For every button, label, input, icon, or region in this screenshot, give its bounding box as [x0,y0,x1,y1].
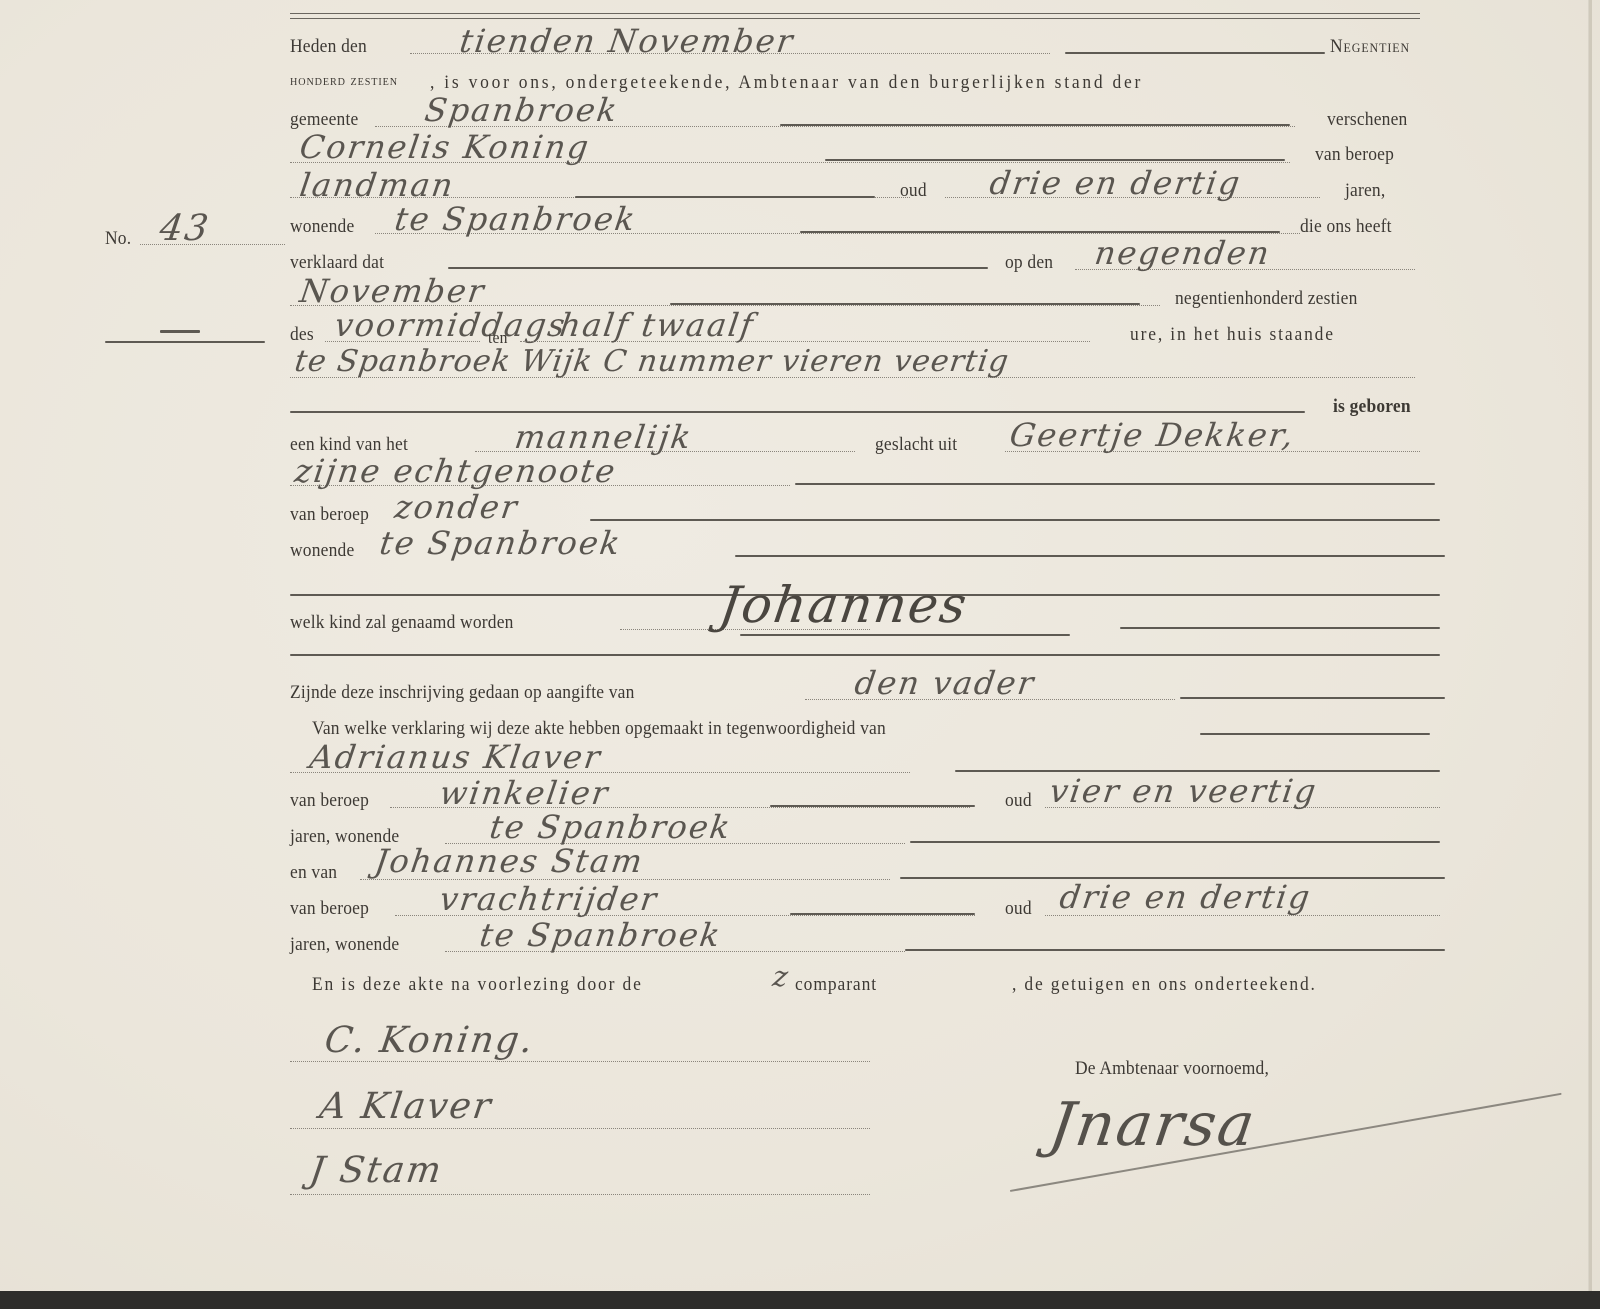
label-mother-van-beroep: van beroep [290,504,369,526]
label-negentienhonderd-zestien: negentienhonderd zestien [1175,288,1358,310]
fill-bar [735,555,1445,557]
label-geslacht-uit: geslacht uit [875,434,957,456]
hw-witness1-residence: te Spanbroek [487,808,734,846]
hw-gemeente: Spanbroek [422,91,621,129]
hw-declarant-name: Cornelis Koning [297,128,592,166]
row-sex: een kind van het mannelijk geslacht uit … [0,424,1600,464]
fill-bar [905,949,1445,951]
fill-bar [448,267,988,269]
label-closing-c: , de getuigen en ons onderteekend. [1012,974,1317,996]
signature-line-1 [290,1061,870,1062]
row-declared: verklaard dat op den negenden [0,244,1600,284]
row-mother-residence: wonende te Spanbroek [0,532,1600,572]
label-ure-huis: ure, in het huis staande [1130,324,1335,346]
hw-witness1-name: Adrianus Klaver [307,738,604,776]
label-des: des [290,324,314,346]
row-mother-relation: zijne echtgenoote [0,460,1600,500]
row-witness2-name: en van Johannes Stam [0,854,1600,894]
fill-bar [790,913,975,915]
fill-bar [575,196,875,198]
row-witness1-occupation: van beroep winkelier oud vier en veertig [0,782,1600,822]
hw-birth-day: negenden [1092,234,1273,272]
row-witness1-residence: jaren, wonende te Spanbroek [0,818,1600,858]
label-op-den: op den [1005,252,1053,274]
label-wonende: wonende [290,216,354,238]
hw-mother-occupation: zonder [392,488,521,526]
label-zijnde: Zijnde deze inschrijving gedaan op aangi… [290,682,635,704]
hw-witness1-occupation: winkelier [437,774,612,812]
label-w1-van-beroep: van beroep [290,790,369,812]
label-welk-kind: welk kind zal genaamd worden [290,612,514,634]
hw-mother-relation: zijne echtgenoote [292,452,619,490]
fill-bar [780,124,1290,126]
row-address: te Spanbroek Wijk C nummer vieren veerti… [0,352,1600,392]
fill-bar [670,303,1140,305]
fill-bar [825,159,1285,161]
label-honderd-zestien: honderd zestien [290,72,398,90]
label-closing-a: En is deze akte na voorlezing door de [312,974,643,996]
label-ambtenaar: De Ambtenaar voornoemd, [1075,1058,1269,1080]
fill-bar [290,654,1440,656]
signature-witness-1: A Klaver [317,1086,495,1127]
row-informant: Zijnde deze inschrijving gedaan op aangi… [0,674,1600,714]
fill-bar [1065,52,1325,54]
label-w2-van-beroep: van beroep [290,898,369,920]
row-month: November negentienhonderd zestien [0,280,1600,320]
hw-mother-name: Geertje Dekker, [1007,416,1297,454]
row-witness2-residence: jaren, wonende te Spanbroek [0,926,1600,966]
label-en-van: en van [290,862,337,884]
hw-address: te Spanbroek Wijk C nummer vieren veerti… [293,344,1012,379]
label-verklaard-dat: verklaard dat [290,252,384,274]
signature-witness-2: J Stam [307,1150,445,1191]
hw-witness2-name: Johannes Stam [372,842,646,880]
hw-day: tienden November [457,22,797,60]
label-heden-den: Heden den [290,36,367,58]
hw-witness2-occupation: vrachtrijder [437,880,660,918]
scan-bottom-border [0,1291,1600,1309]
label-w2-jaren-wonende: jaren, wonende [290,934,399,956]
hw-birth-month: November [297,272,488,310]
label-oud: oud [900,180,927,202]
fill-bar [1120,627,1440,629]
label-w1-oud: oud [1005,790,1032,812]
hw-time-of-day: voormiddags [332,306,569,344]
label-van-welke: Van welke verklaring wij deze akte hebbe… [312,718,886,740]
signature-official: Jnarsa [1045,1090,1261,1160]
row-blank [0,632,1600,672]
hw-declarant-occupation: landman [297,166,457,204]
hw-record-number: 43 [157,208,213,249]
fill-bar [770,805,975,807]
fill-bar [795,483,1435,485]
signature-declarant: C. Koning. [322,1020,537,1061]
hw-time: half twaalf [557,306,757,344]
row-witness-intro: Van welke verklaring wij deze akte hebbe… [0,710,1600,750]
row-gemeente: gemeente Spanbroek verschenen [0,101,1600,141]
signature-line-3 [290,1194,870,1195]
row-declarant: Cornelis Koning van beroep [0,136,1600,176]
label-is-geboren: is geboren [1333,396,1411,418]
hw-declarant-age: drie en dertig [987,164,1243,202]
hw-comparant-mark: z [771,960,792,993]
fill-bar [1180,697,1445,699]
row-occupation: landman oud drie en dertig jaren, [0,172,1600,212]
label-van-beroep: van beroep [1315,144,1394,166]
hw-child-name: Johannes [716,576,972,634]
row-witness2-occupation: van beroep vrachtrijder oud drie en dert… [0,890,1600,930]
hw-sex: mannelijk [512,418,695,456]
margin-rule [105,341,265,343]
hw-witness1-age: vier en veertig [1047,772,1320,810]
row-born: is geboren [0,388,1600,428]
hw-informant: den vader [852,664,1037,702]
hw-declarant-residence: te Spanbroek [392,200,639,238]
label-w2-oud: oud [1005,898,1032,920]
top-rule [290,18,1420,19]
label-die-ons-heeft: die ons heeft [1300,216,1392,238]
page-edge [1588,0,1592,1300]
hw-witness2-age: drie en dertig [1057,878,1313,916]
fill-bar [1200,733,1430,735]
hw-witness2-residence: te Spanbroek [477,916,724,954]
row-statement: honderd zestien , is voor ons, ondergete… [0,64,1600,104]
fill-bar [290,411,1305,413]
label-mother-wonende: wonende [290,540,354,562]
label-negentien: Negentien [1330,36,1410,58]
row-residence: No. 43 wonende te Spanbroek die ons heef… [0,208,1600,248]
label-jaren: jaren, [1345,180,1385,202]
row-witness1-name: Adrianus Klaver [0,746,1600,786]
row-mother-occupation: van beroep zonder [0,496,1600,536]
margin-mark [160,330,200,333]
certificate-page: Heden den tienden November Negentien hon… [0,0,1600,1300]
hw-mother-residence: te Spanbroek [377,524,624,562]
row-closing: En is deze akte na voorlezing door de z … [0,966,1600,1006]
row-date: Heden den tienden November Negentien [0,28,1600,68]
fill-bar [910,841,1440,843]
fill-bar [590,519,1440,521]
label-verschenen: verschenen [1327,109,1407,131]
signature-line-2 [290,1128,870,1129]
top-rule [290,13,1420,14]
label-closing-b: comparant [795,974,877,996]
fill-bar [800,231,1280,233]
